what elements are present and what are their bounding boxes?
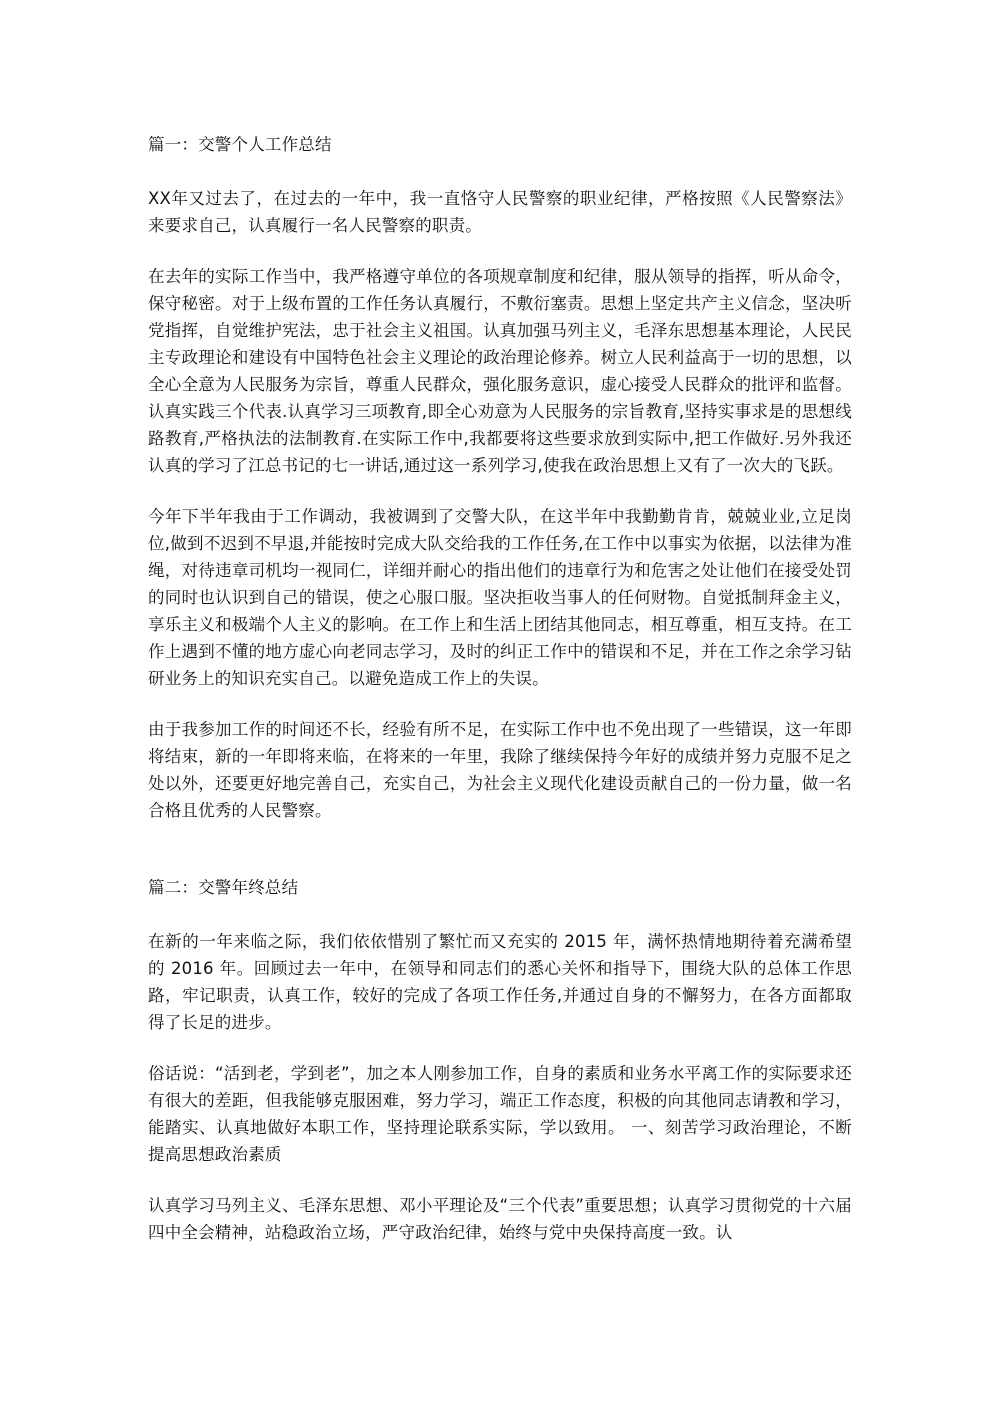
document-page: 篇一：交警个人工作总结 XX年又过去了，在过去的一年中，我一直恪守人民警察的职业… [148, 131, 852, 1246]
section-2-paragraph-3: 认真学习马列主义、毛泽东思想、邓小平理论及“三个代表”重要思想；认真学习贯彻党的… [148, 1192, 852, 1246]
section-1-paragraph-1: XX年又过去了，在过去的一年中，我一直恪守人民警察的职业纪律，严格按照《人民警察… [148, 185, 852, 239]
section-1-title: 篇一：交警个人工作总结 [148, 131, 852, 158]
section-2-title: 篇二：交警年终总结 [148, 874, 852, 901]
section-1-paragraph-2: 在去年的实际工作当中，我严格遵守单位的各项规章制度和纪律，服从领导的指挥，听从命… [148, 263, 852, 479]
section-2-paragraph-2: 俗话说：“活到老，学到老”，加之本人刚参加工作，自身的素质和业务水平离工作的实际… [148, 1060, 852, 1168]
section-2-paragraph-1: 在新的一年来临之际，我们依依惜别了繁忙而又充实的 2015 年，满怀热情地期待着… [148, 928, 852, 1036]
section-1-paragraph-3: 今年下半年我由于工作调动，我被调到了交警大队，在这半年中我勤勤肯肯，兢兢业业,立… [148, 503, 852, 692]
section-1-paragraph-4: 由于我参加工作的时间还不长，经验有所不足，在实际工作中也不免出现了一些错误，这一… [148, 716, 852, 824]
